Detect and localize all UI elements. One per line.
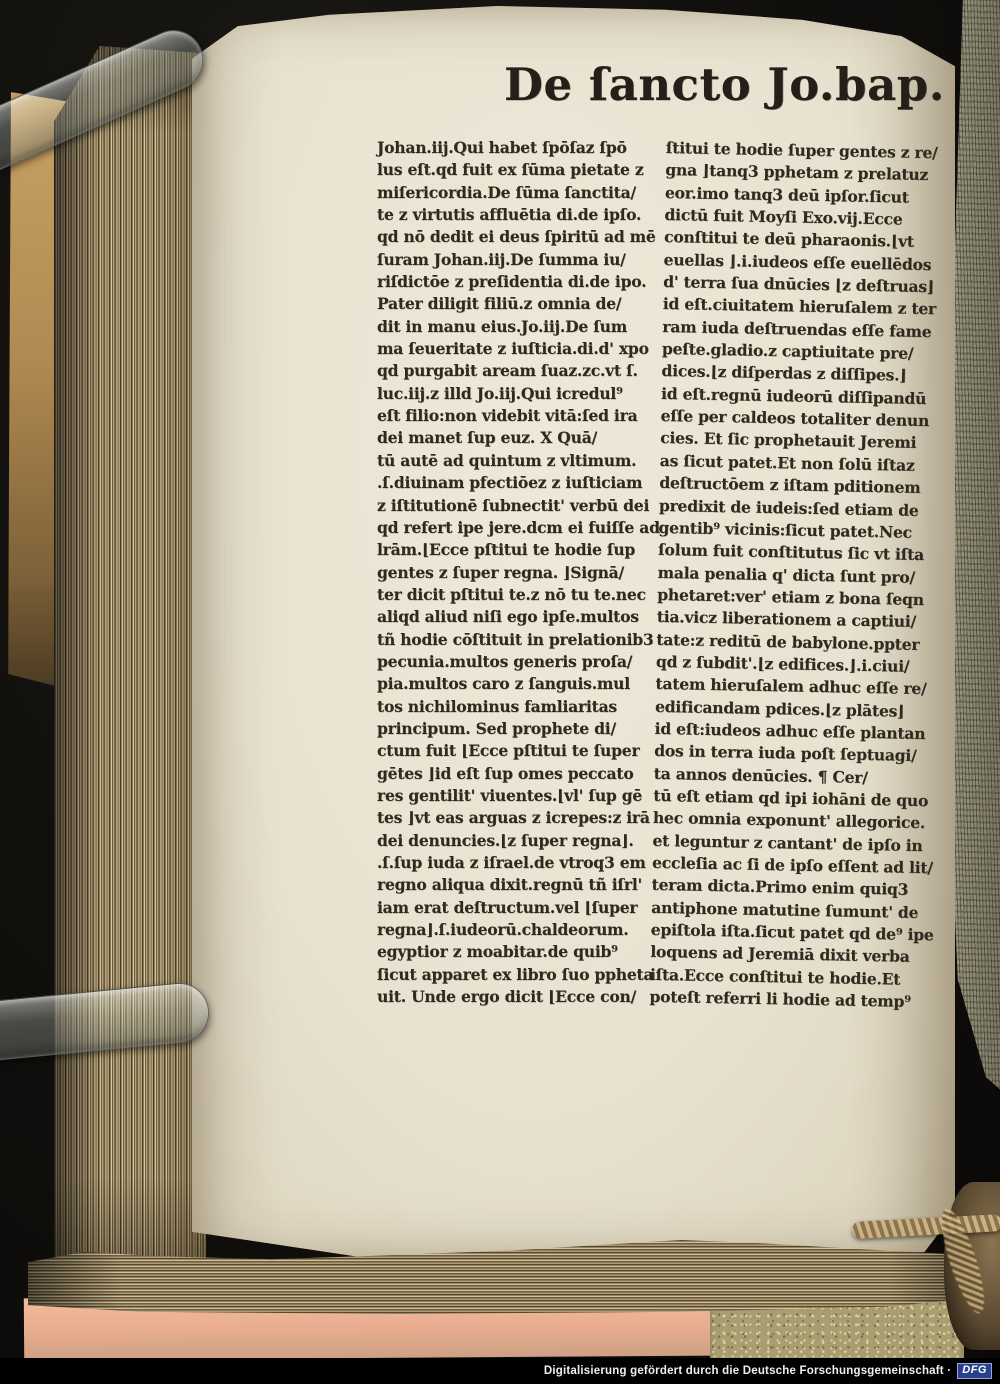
text-line: gentes z ſuper regna. ⌋Signā/: [377, 562, 669, 584]
text-line: principum. Sed prophete di/: [377, 718, 669, 740]
page-header-title: De ſancto Jo.bap.: [504, 58, 949, 111]
text-line: .ſ.ſup iuda z iſrael.de vtroq3 em: [377, 852, 669, 874]
text-line: pecunia.multos generis proſa/: [377, 651, 669, 673]
text-line: ſicut apparet ex libro ſuo ppheta: [377, 964, 669, 986]
text-line: qd purgabit aream ſuaz.zc.vt ſ.: [377, 360, 669, 382]
text-line: ma ſeueritate z iuſticia.di.d' xpo: [377, 338, 669, 360]
text-line: riſdictōe z preſidentia di.de ipo.: [377, 271, 669, 293]
text-line: Johan.iij.Qui habet ſpōſaz ſpō: [377, 137, 669, 159]
text-line: z iſtitutionē ſubnectit' verbū dei: [377, 495, 669, 517]
text-column-right: ſtitui te hodie ſuper gentes z re/gna ⌋t…: [649, 137, 958, 1014]
text-line: ter dicit pſtitui te.z nō tu te.nec: [377, 584, 669, 606]
text-line: tū autē ad quintum z vltimum.: [377, 450, 669, 472]
text-line: qd refert ipe jere.dcm ei fuiſſe ad: [377, 517, 669, 539]
text-line: ctum fuit ⌊Ecce pſtitui te ſuper: [377, 740, 669, 762]
text-line: tes ⌋vt eas arguas z icrepes:z irā: [377, 807, 669, 829]
text-line: dei manet ſup euz. X Quā/: [377, 427, 669, 449]
text-line: miſericordia.De ſūma ſanctita/: [377, 182, 669, 204]
text-line: tñ hodie cōſtituit in prelationib3: [377, 629, 669, 651]
text-line: aliqd aliud niſi ego ipſe.multos: [377, 606, 669, 628]
text-line: tos nichilominus famliaritas: [377, 696, 669, 718]
text-line: regno aliqua dixit.regnū tñ iſrl': [377, 874, 669, 896]
digitization-footer: Digitalisierung gefördert durch die Deut…: [0, 1358, 1000, 1384]
text-line: dei denuncies.⌊z ſuper regna⌋.: [377, 830, 669, 852]
text-line: .ſ.diuinam pfectiōez z iuſticiam: [377, 472, 669, 494]
text-line: iam erat deſtructum.vel ⌊ſuper: [377, 897, 669, 919]
text-line: te z virtutis affluētia di.de ipſo.: [377, 204, 669, 226]
text-line: dit in manu eius.Jo.iij.De ſum: [377, 316, 669, 338]
text-line: poteſt referri li hodie ad temp⁹: [649, 986, 941, 1014]
page-stack-fore-edge-left: [54, 46, 206, 1302]
scanned-book-photograph: De ſancto Jo.bap. Johan.iij.Qui habet ſp…: [0, 0, 1000, 1384]
text-line: lus eſt.qd fuit ex ſūma pietate z: [377, 159, 669, 181]
text-line: Pater diligit filiū.z omnia de/: [377, 293, 669, 315]
dfg-logo: DFG: [957, 1363, 992, 1379]
text-line: ſuram Johan.iij.De ſumma iu/: [377, 249, 669, 271]
text-line: pia.multos caro z ſanguis.mul: [377, 673, 669, 695]
text-line: luc.iij.z illd Jo.iij.Qui icredul⁹: [377, 383, 669, 405]
text-line: uit. Unde ergo dicit ⌊Ecce con/: [377, 986, 669, 1008]
text-line: eſt filio:non videbit vitā:ſed ira: [377, 405, 669, 427]
text-line: lrām.⌊Ecce pſtitui te hodie ſup: [377, 539, 669, 561]
text-line: gētes ⌋id eſt ſup omes peccato: [377, 763, 669, 785]
text-line: regna⌋.ſ.iudeorū.chaldeorum.: [377, 919, 669, 941]
book-page: De ſancto Jo.bap. Johan.iij.Qui habet ſp…: [192, 6, 955, 1262]
text-line: egyptior z moabitar.de quib⁹: [377, 941, 669, 963]
text-line: res gentilit' viuentes.⌊vl' ſup gē: [377, 785, 669, 807]
text-column-left: Johan.iij.Qui habet ſpōſaz ſpōlus eſt.qd…: [377, 137, 669, 1008]
digitization-credit-text: Digitalisierung gefördert durch die Deut…: [544, 1365, 951, 1377]
text-line: qd nō dedit ei deus ſpiritū ad mē: [377, 226, 669, 248]
